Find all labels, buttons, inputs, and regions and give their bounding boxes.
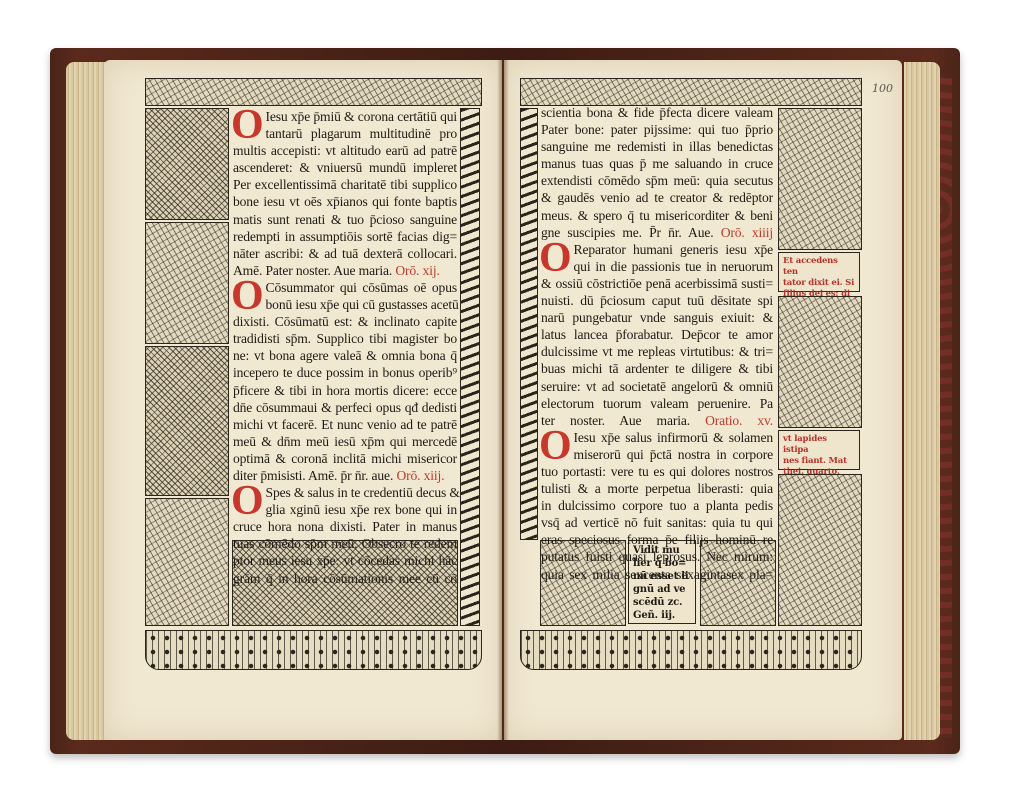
- side-caption-temptation: Et accedens ten tator dixit ei. Si filiu…: [778, 252, 860, 292]
- prayer-12: O Iesu xp̄e p̄miū & corona certātiū qui …: [233, 108, 457, 279]
- prayer-closing: diter p̄misisti. Amē. p̄r n̄r. aue.: [233, 468, 393, 483]
- woodcut-grotesque-panel: [145, 108, 229, 220]
- caption-line: tator dixit ei. Si: [783, 278, 855, 289]
- right-page-text: scientia bona & fide p̄fecta dicere vale…: [541, 104, 773, 583]
- text-line: Pater bone: pater pijssime: qui tuo p̄pr…: [541, 121, 773, 138]
- prayer-14-start: O Spes & salus in te credentiū decus & g…: [233, 484, 457, 587]
- rubric-label: Oratio. xv.: [705, 413, 773, 428]
- text-line: bonū iesu xp̄e qui cū gustasses acetū: [233, 296, 457, 313]
- page-edges-right: [904, 62, 940, 740]
- text-line: & gaudēs venio ad te creator & redēptor: [541, 189, 773, 206]
- text-line: Spes & salus in te credentiū decus &: [233, 484, 457, 501]
- prayer-closing: ter noster. Aue maria.: [541, 413, 690, 428]
- left-page-text: O Iesu xp̄e p̄miū & corona certātiū qui …: [233, 108, 457, 587]
- text-line: scientia bona & fide p̄fecta dicere vale…: [541, 104, 773, 121]
- prayer-closing: gne suscipies me. P̄r n̄r. Aue.: [541, 225, 714, 240]
- side-caption-matthew: vt lapides istipa nes fiant. Mat thei. q…: [778, 430, 860, 470]
- text-line: grām q̄ in hora cōsūmationis mee cū cō: [233, 570, 457, 587]
- text-line: & ossiū cōstrictiōe penā acerbissimā sus…: [541, 275, 773, 292]
- text-line: multis accepisti: vt altitudo earū ad pa…: [233, 142, 457, 159]
- text-line: latus lancea p̄forabatur. Dep̄cor te amo…: [541, 326, 773, 343]
- woodcut-betrayal-scene: [145, 222, 229, 344]
- red-initial: O: [539, 429, 572, 463]
- text-line: Iesu xp̄e p̄miū & corona certātiū qui: [233, 108, 457, 125]
- text-line-closing: gne suscipies me. P̄r n̄r. Aue. Orō. xii…: [541, 224, 773, 241]
- rubric-label: Orō. xiij.: [396, 468, 444, 483]
- text-line: ascenderet: & vniuersū mundū impleret: [233, 159, 457, 176]
- text-line: dixisti. Cōsūmatū est: & inclinato capit…: [233, 313, 457, 330]
- text-line: narū pungebatur vnde sanguis exiuit: &: [541, 309, 773, 326]
- woodcut-flagellation-scene: [145, 498, 229, 626]
- text-line: glia xginū iesu xp̄e rex bone qui in: [233, 501, 457, 518]
- text-line: tantarū plagarum multitudinē pro: [233, 125, 457, 142]
- text-line-closing: Amē. Pater noster. Aue maria. Orō. xij.: [233, 262, 457, 279]
- text-line: ne: vt bona agere valeā & omnia bona q̄: [233, 347, 457, 364]
- caption-line: vt lapides istipa: [783, 434, 855, 456]
- text-line: Reparator humani generis iesu xp̄e: [541, 241, 773, 258]
- caption-line: gnū ad ve: [633, 583, 691, 596]
- text-line: optimā & coronā inclitā michi misericor: [233, 450, 457, 467]
- woodcut-twisted-column-right: [520, 108, 538, 540]
- text-line: tradidisti sp̄m. Supplico tibi magister …: [233, 330, 457, 347]
- text-line: extendisti cōmēdo sp̄m meū: quia secutus: [541, 172, 773, 189]
- text-line: incepero te duce possim in bonus operib⁹: [233, 364, 457, 381]
- text-line: nāter ascribi: & ad tuā dexterā collocar…: [233, 245, 457, 262]
- text-line: sanguine me redemisti in illas benedicta…: [541, 138, 773, 155]
- book-gutter: [497, 60, 509, 740]
- woodcut-temptation-scene: [778, 108, 862, 250]
- text-line: redempti in assumptiōis sortē facias dig…: [233, 228, 457, 245]
- red-initial: O: [231, 484, 264, 518]
- red-initial: O: [231, 279, 264, 313]
- prayer-16: O Iesu xp̄e salus infirmorū & solamen mi…: [541, 429, 773, 583]
- text-line: qui in die passionis tue in neruorum: [541, 258, 773, 275]
- text-line: seruire: vt ad societatē angelorū & omni…: [541, 378, 773, 395]
- prayer-closing: Amē. Pater noster. Aue maria.: [233, 263, 392, 278]
- woodcut-christ-devil-scene: [778, 296, 862, 428]
- text-line: p̄ficere & tibi in hora mortis dicere: e…: [233, 382, 457, 399]
- text-line: michi vt facerē. Et nunc venio ad te pat…: [233, 416, 457, 433]
- text-line: electorum tuorum valeam peruenire. Pa: [541, 395, 773, 412]
- text-line: putatus fuisti quasi leprosus. Nec mirum…: [541, 548, 773, 565]
- text-line: manus tuas quas p̄ me saluando in cruce: [541, 155, 773, 172]
- text-line: matis sunt renati & tuo p̄cioso sanguine: [233, 211, 457, 228]
- text-line: dulcissime vt me repleas virtutibus: & t…: [541, 343, 773, 360]
- text-line-closing: ter noster. Aue maria. Oratio. xv.: [541, 412, 773, 429]
- text-line: eras speciosus forma p̄e filijs hominū r…: [541, 531, 773, 548]
- text-line: meus. & spero q̄ tu misericorditer & ben…: [541, 207, 773, 224]
- red-initial: O: [231, 108, 264, 142]
- caption-line: scēdū zc.: [633, 596, 691, 609]
- prayer-15: O Reparator humani generis iesu xp̄e qui…: [541, 241, 773, 429]
- caption-line: nes fiant. Mat: [783, 456, 855, 467]
- folio-number: 100: [872, 82, 893, 95]
- text-line: Per excellentissimā charitatē tibi suppl…: [233, 176, 457, 193]
- woodcut-twisted-column-left: [460, 108, 480, 626]
- woodcut-bottom-frieze-left: [145, 630, 482, 670]
- text-line: quia sex milia sexcenta sexagintasex pla…: [541, 566, 773, 583]
- text-line: tuas cōmēdo sp̄m meū. Obsecro te redem: [233, 535, 457, 552]
- caption-line: Et accedens ten: [783, 256, 855, 278]
- rubric-label: Orō. xiiij: [721, 225, 773, 240]
- text-line-closing: diter p̄misisti. Amē. p̄r n̄r. aue. Orō.…: [233, 467, 457, 484]
- prayer-14-end: scientia bona & fide p̄fecta dicere vale…: [541, 104, 773, 241]
- woodcut-bottom-frieze-right: [520, 630, 862, 670]
- text-line: cruce hora nona dixisti. Pater in manus: [233, 518, 457, 535]
- prayer-13: O Cōsummator qui cōsūmas oē opus bonū ie…: [233, 279, 457, 484]
- text-line: meū & dn̄m meū iesū xp̄m qui mercedē: [233, 433, 457, 450]
- woodcut-top-canopy-left: [145, 78, 482, 106]
- text-line: dn̄e cōsummaui & perfeci opus qđ dedisti: [233, 399, 457, 416]
- text-line: buas michi tā ardenter te diligere & tib…: [541, 360, 773, 377]
- caption-line: Geñ. iij.: [633, 609, 691, 622]
- woodcut-top-canopy-right: [520, 78, 862, 106]
- woodcut-dragon-panel: [145, 346, 229, 496]
- text-line: vsq̄ ad verticē nō fuit sanitas: quia tu…: [541, 514, 773, 531]
- woodcut-adam-eve-scene: [778, 474, 862, 626]
- rubric-label: Orō. xij.: [395, 263, 439, 278]
- text-line: miserorū qui p̄ctā nostra in corpore: [541, 446, 773, 463]
- text-line: tulisti & a morte perpetua liberasti: qu…: [541, 480, 773, 497]
- text-line: tuo portasti: vere tu es qui dolores nos…: [541, 463, 773, 480]
- text-line: nuisti. dū p̄ciosum caput tuū dēsitate s…: [541, 292, 773, 309]
- text-line: in dulcissimo corpore tuo a planta pedis: [541, 497, 773, 514]
- text-line: bone iesu vt oēs xp̄ianos qui fonte bapt…: [233, 193, 457, 210]
- text-line: Iesu xp̄e salus infirmorū & solamen: [541, 429, 773, 446]
- text-line: ptor meus iesu xp̄e: vt cōcedas michi hā…: [233, 552, 457, 569]
- red-initial: O: [539, 241, 572, 275]
- text-line: Cōsummator qui cōsūmas oē opus: [233, 279, 457, 296]
